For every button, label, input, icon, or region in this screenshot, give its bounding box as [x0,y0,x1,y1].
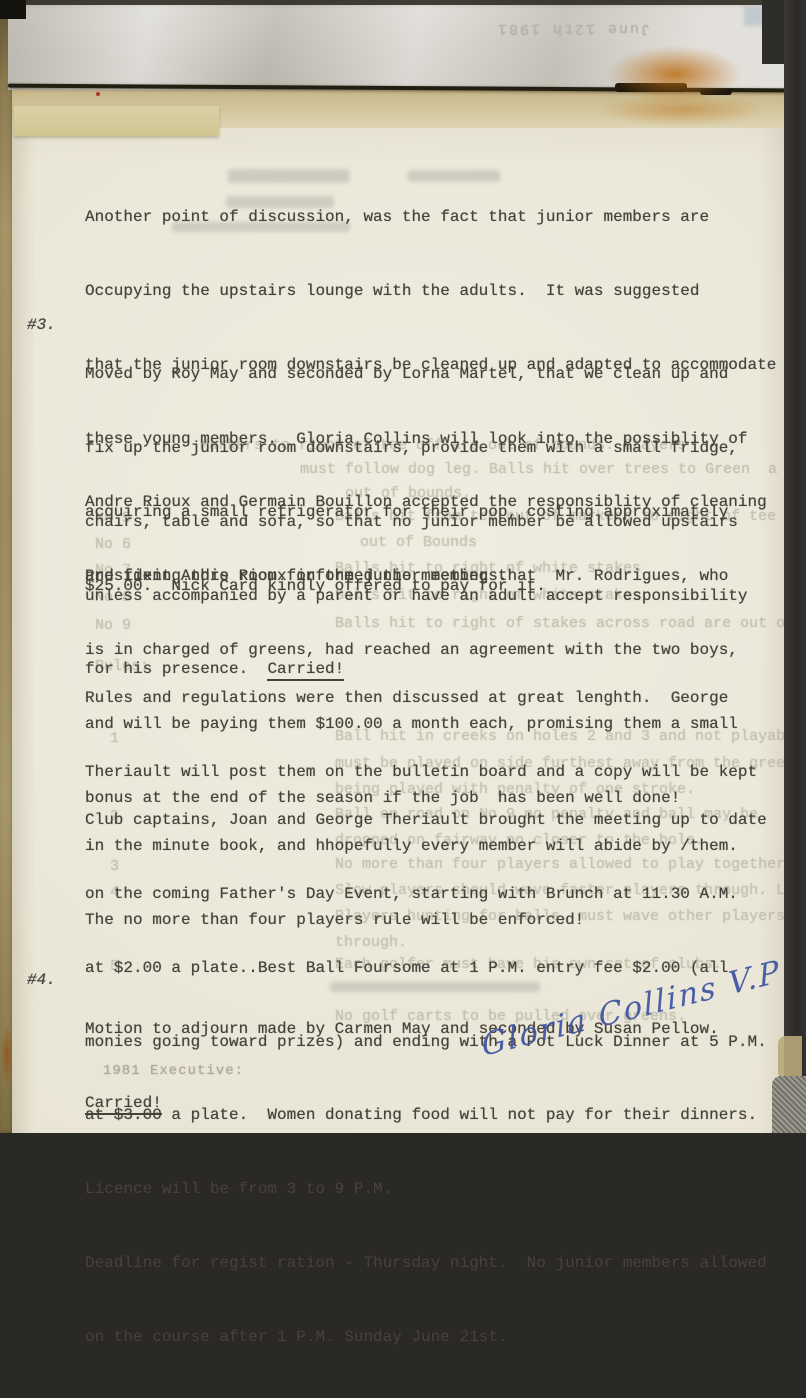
burn-stain [596,94,766,126]
typed-line: Another point of discussion, was the fac… [85,205,776,230]
carried-underlined: Carried! [85,1094,162,1115]
scanned-minutes-page: June 12th 1981 Markers to right of tee o… [0,0,806,1133]
red-speck [96,92,100,96]
bleed-through-footer: 1981 Executive: [103,1063,244,1079]
typed-line: Moved by Roy May and seconded by Lorna M… [85,362,748,387]
motion-3-number: #3. [27,313,56,338]
scan-edge-top [0,0,790,5]
tape-strip [14,106,219,136]
bleed-through-date: June 12th 1981 [420,20,650,37]
typed-line: Andre Rioux and Germain Bouillon accepte… [85,490,767,515]
binder-corner [772,1076,806,1133]
typed-line: Carried! [85,1091,719,1116]
typed-line: on the coming Father's Day Event, starti… [85,882,767,907]
typed-line: Occupying the upstairs lounge with the a… [85,279,776,304]
page-curl [778,1036,802,1080]
typed-line: Club captains, Joan and George Theriault… [85,808,767,833]
motion-4-number: #4. [27,968,56,993]
scan-corner [0,0,26,19]
typed-line: President Andre Rioux informed the meeti… [85,564,738,589]
scan-edge-right [784,0,806,1133]
typed-line: Rules and regulations were then discusse… [85,686,757,711]
